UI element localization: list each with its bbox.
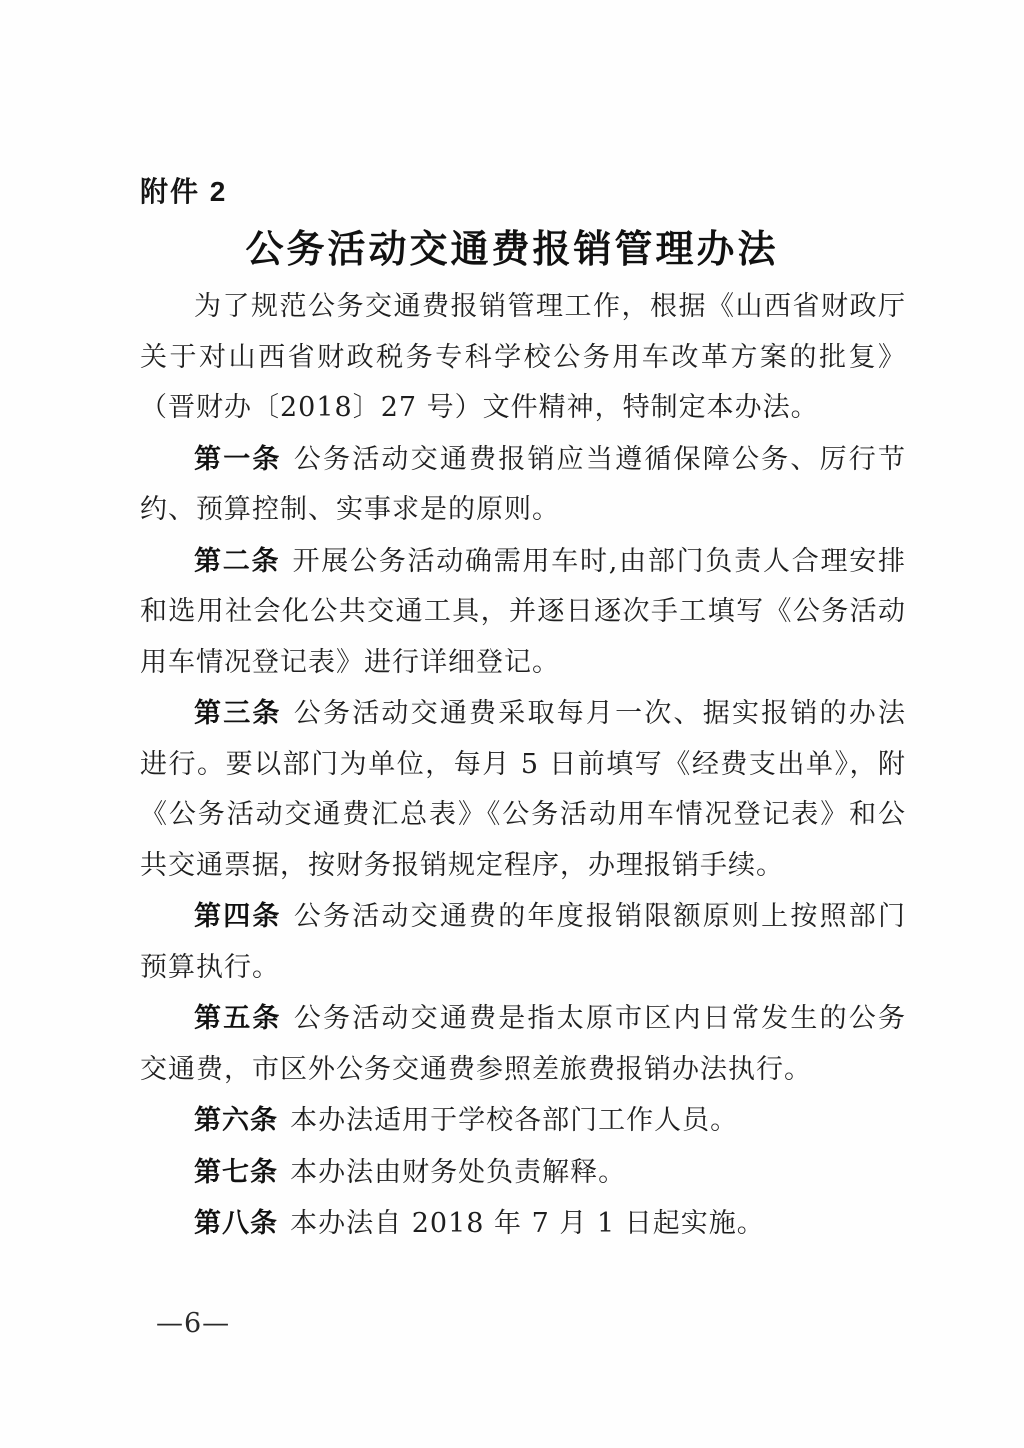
paragraph-text: 本办法适用于学校各部门工作人员。: [290, 1105, 738, 1136]
paragraph: 第一条公务活动交通费报销应当遵循保障公务、厉行节约、预算控制、实事求是的原则。: [140, 434, 906, 536]
paragraph: 为了规范公务交通费报销管理工作，根据《山西省财政厅关于对山西省财政税务专科学校公…: [140, 282, 906, 434]
clause-label: 第七条: [194, 1157, 278, 1187]
paragraph-text: 本办法自 2018 年 7 月 1 日起实施。: [290, 1208, 765, 1239]
document-body: 为了规范公务交通费报销管理工作，根据《山西省财政厅关于对山西省财政税务专科学校公…: [140, 282, 906, 1250]
paragraph: 第二条开展公务活动确需用车时,由部门负责人合理安排和选用社会化公共交通工具，并逐…: [140, 536, 906, 689]
paragraph: 第六条本办法适用于学校各部门工作人员。: [140, 1095, 906, 1147]
attachment-label: 附件 2: [140, 170, 227, 210]
paragraph-text: 为了规范公务交通费报销管理工作，根据《山西省财政厅关于对山西省财政税务专科学校公…: [140, 291, 906, 423]
clause-label: 第一条: [194, 444, 282, 474]
clause-label: 第八条: [194, 1208, 278, 1238]
clause-label: 第三条: [194, 698, 282, 728]
paragraph: 第八条本办法自 2018 年 7 月 1 日起实施。: [140, 1198, 906, 1250]
document-page: 附件 2 公务活动交通费报销管理办法 为了规范公务交通费报销管理工作，根据《山西…: [0, 0, 1024, 1448]
paragraph: 第三条公务活动交通费采取每月一次、据实报销的办法进行。要以部门为单位，每月 5 …: [140, 688, 906, 891]
clause-label: 第五条: [194, 1003, 282, 1033]
page-title: 公务活动交通费报销管理办法: [0, 218, 1024, 273]
paragraph: 第七条本办法由财务处负责解释。: [140, 1147, 906, 1199]
paragraph: 第四条公务活动交通费的年度报销限额原则上按照部门预算执行。: [140, 891, 906, 993]
page-number: —6—: [156, 1308, 230, 1339]
clause-label: 第二条: [194, 546, 280, 576]
clause-label: 第四条: [194, 901, 282, 931]
paragraph: 第五条公务活动交通费是指太原市区内日常发生的公务交通费，市区外公务交通费参照差旅…: [140, 993, 906, 1095]
paragraph-text: 本办法由财务处负责解释。: [290, 1157, 626, 1188]
clause-label: 第六条: [194, 1105, 278, 1135]
